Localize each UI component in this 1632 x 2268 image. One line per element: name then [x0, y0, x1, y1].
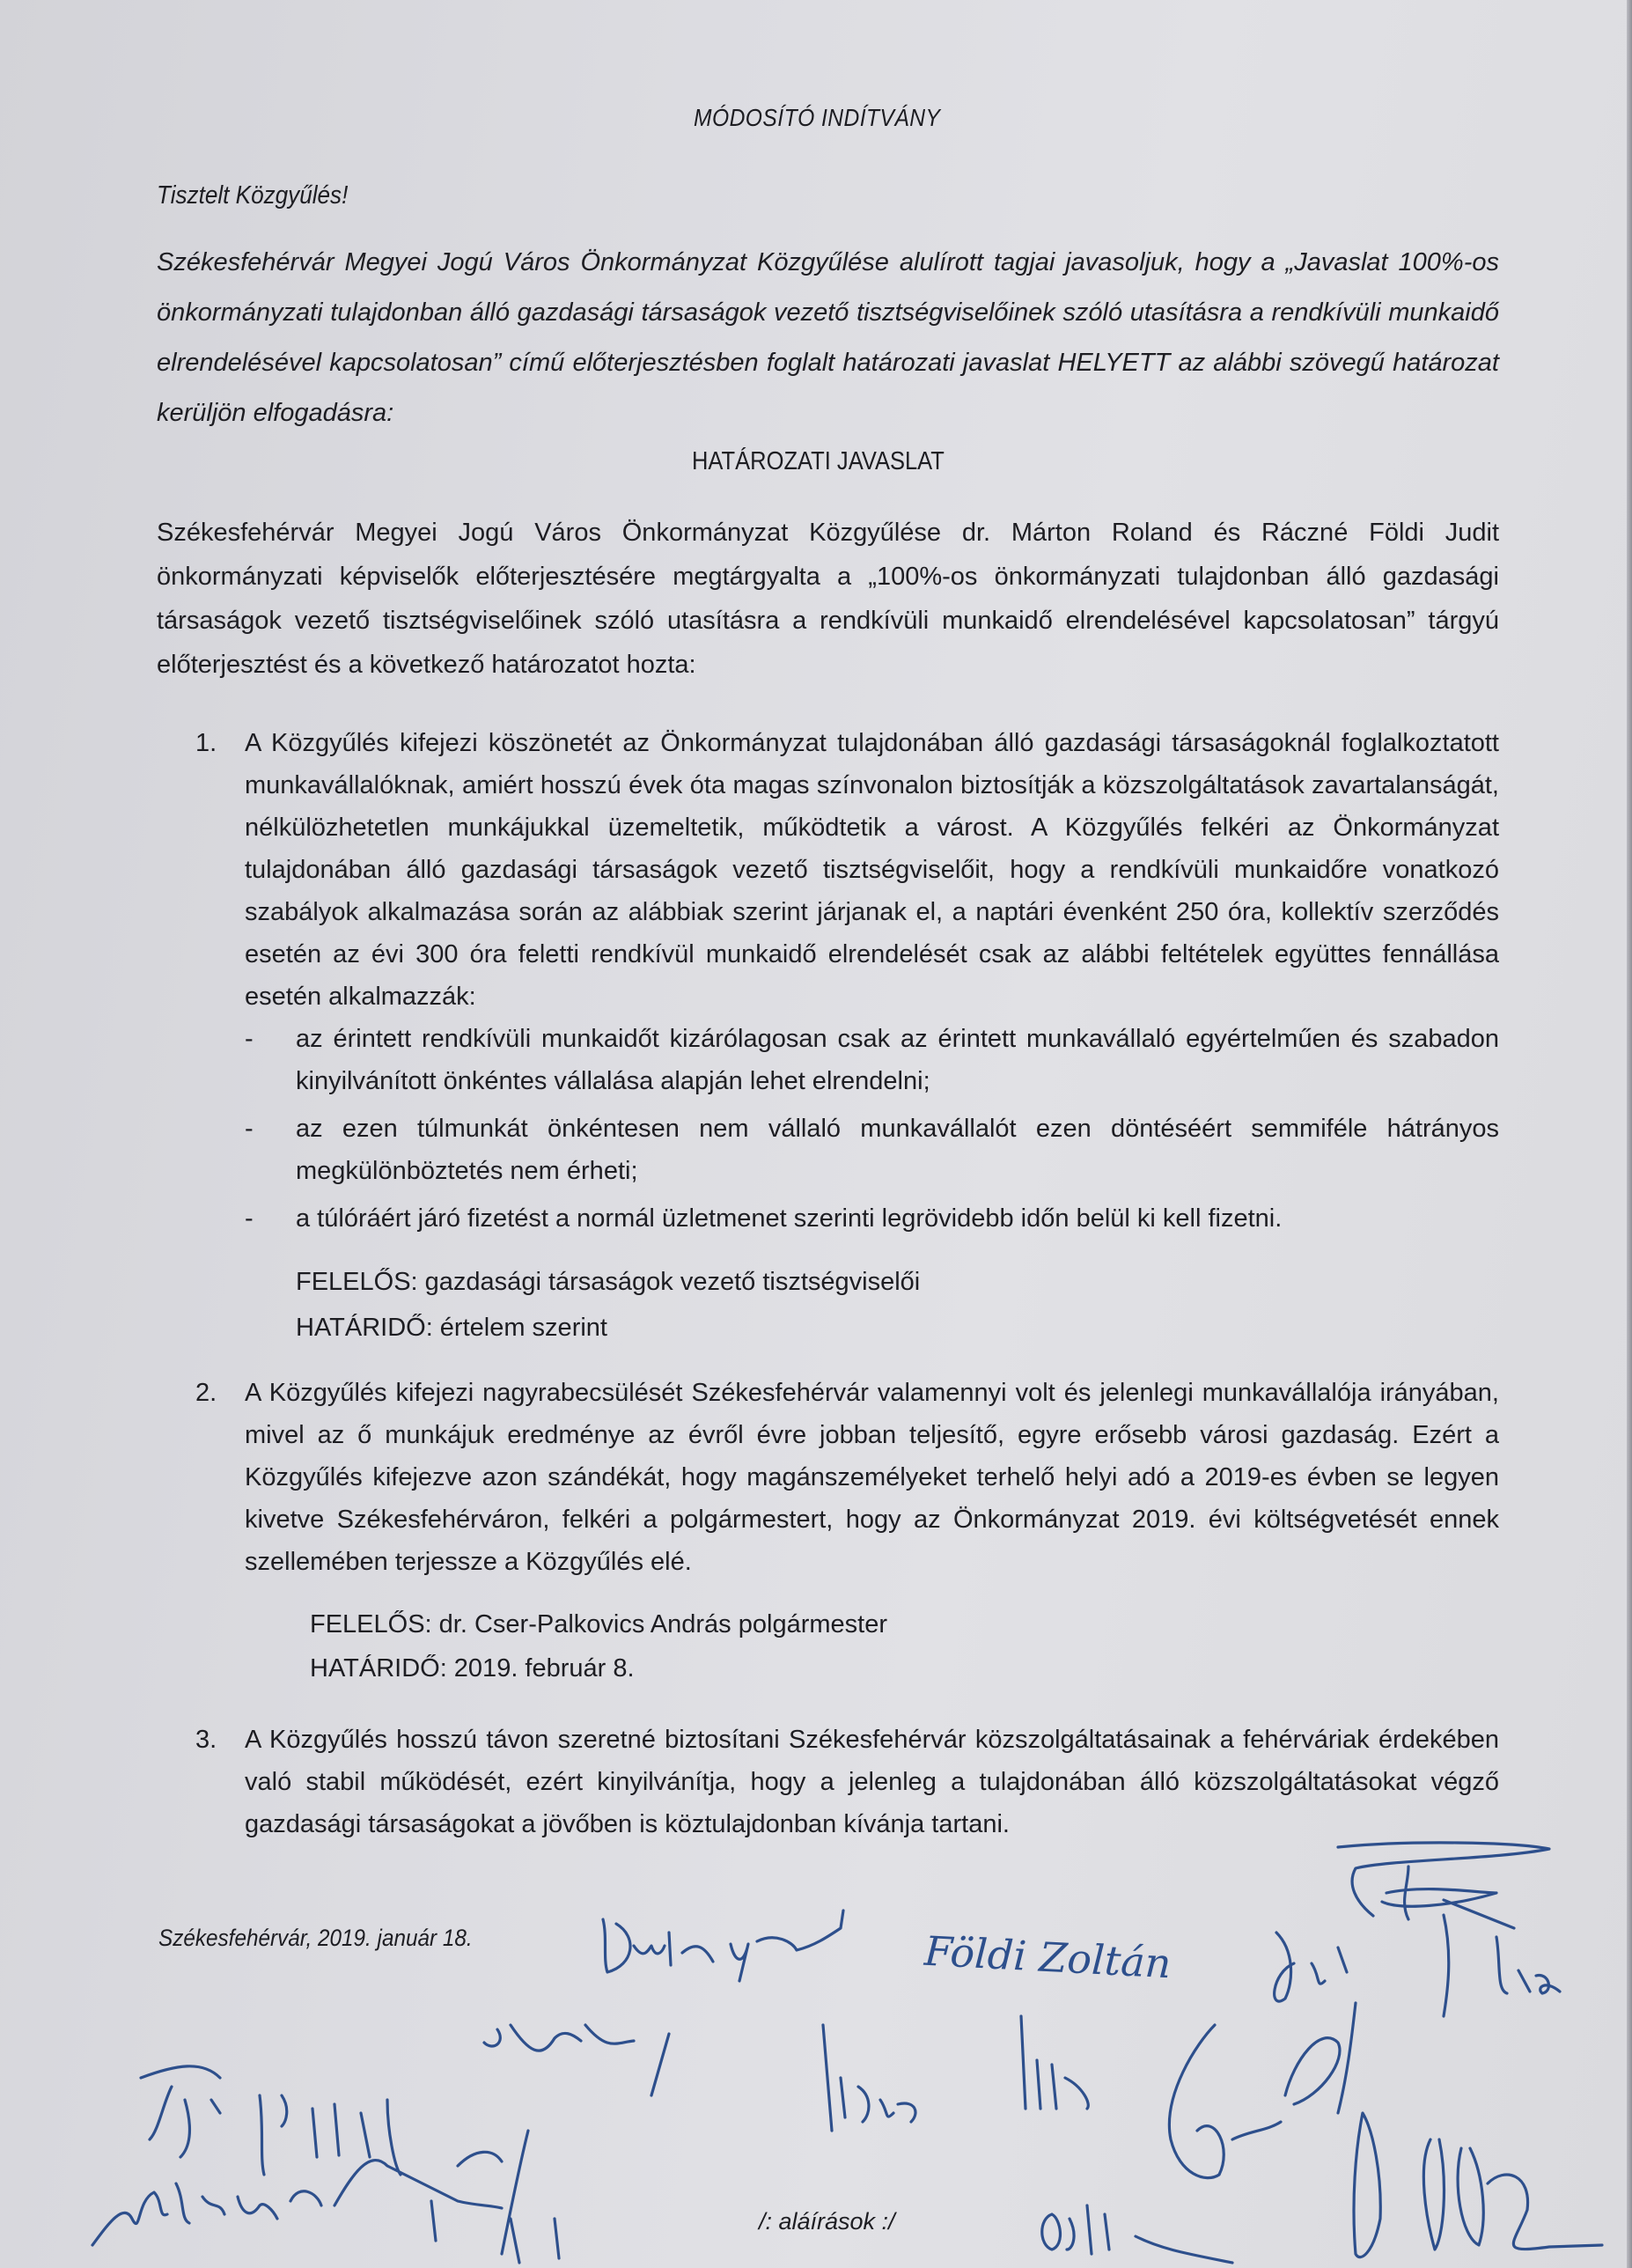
item-meta: FELELŐS: dr. Cser-Palkovics András polgá…: [310, 1602, 1499, 1690]
dash-marker: -: [245, 1108, 254, 1150]
condition-item: - az érintett rendkívüli munkaidőt kizár…: [245, 1018, 1499, 1102]
condition-text: az ezen túlmunkát önkéntesen nem vállaló…: [296, 1115, 1499, 1185]
item-meta: FELELŐS: gazdasági társaságok vezető tis…: [296, 1259, 1499, 1351]
item-text: A Közgyűlés hosszú távon szeretné biztos…: [245, 1719, 1499, 1845]
intro-paragraph: Székesfehérvár Megyei Jogú Város Önkormá…: [157, 238, 1499, 438]
resolution-item-2: 2. A Közgyűlés kifejezi nagyrabecsülését…: [157, 1372, 1499, 1690]
place-date: Székesfehérvár, 2019. január 18.: [158, 1925, 473, 1952]
condition-text: a túlóráért járó fizetést a normál üzlet…: [296, 1204, 1282, 1233]
resolution-item-3: 3. A Közgyűlés hosszú távon szeretné biz…: [157, 1719, 1499, 1845]
resolution-item-1: 1. A Közgyűlés kifejezi köszönetét az Ön…: [157, 722, 1499, 1351]
signatures-label: /: aláírások :/: [759, 2208, 895, 2235]
condition-item: - a túlóráért járó fizetést a normál üzl…: [245, 1197, 1499, 1240]
item-number: 1.: [195, 722, 217, 764]
responsible-line: FELELŐS: dr. Cser-Palkovics András polgá…: [310, 1602, 1499, 1646]
deadline-line: HATÁRIDŐ: 2019. február 8.: [310, 1646, 1499, 1690]
resolution-intro-paragraph: Székesfehérvár Megyei Jogú Város Önkormá…: [157, 511, 1499, 687]
responsible-line: FELELŐS: gazdasági társaságok vezető tis…: [296, 1259, 1499, 1305]
deadline-line: HATÁRIDŐ: értelem szerint: [296, 1305, 1499, 1351]
paper-edge: [1627, 0, 1632, 2268]
item-text: A Közgyűlés kifejezi köszönetét az Önkor…: [245, 722, 1499, 1018]
item-text: A Közgyűlés kifejezi nagyrabecsülését Sz…: [245, 1372, 1499, 1583]
resolution-heading: HATÁROZATI JAVASLAT: [692, 447, 945, 476]
item-number: 3.: [195, 1719, 217, 1761]
conditions-list: - az érintett rendkívüli munkaidőt kizár…: [245, 1018, 1499, 1240]
dash-marker: -: [245, 1197, 254, 1240]
salutation: Tisztelt Közgyűlés!: [157, 181, 348, 210]
item-number: 2.: [195, 1372, 217, 1414]
document-title: MÓDOSÍTÓ INDÍTVÁNY: [694, 104, 940, 132]
dash-marker: -: [245, 1018, 254, 1060]
condition-text: az érintett rendkívüli munkaidőt kizáról…: [296, 1025, 1499, 1095]
condition-item: - az ezen túlmunkát önkéntesen nem válla…: [245, 1108, 1499, 1192]
